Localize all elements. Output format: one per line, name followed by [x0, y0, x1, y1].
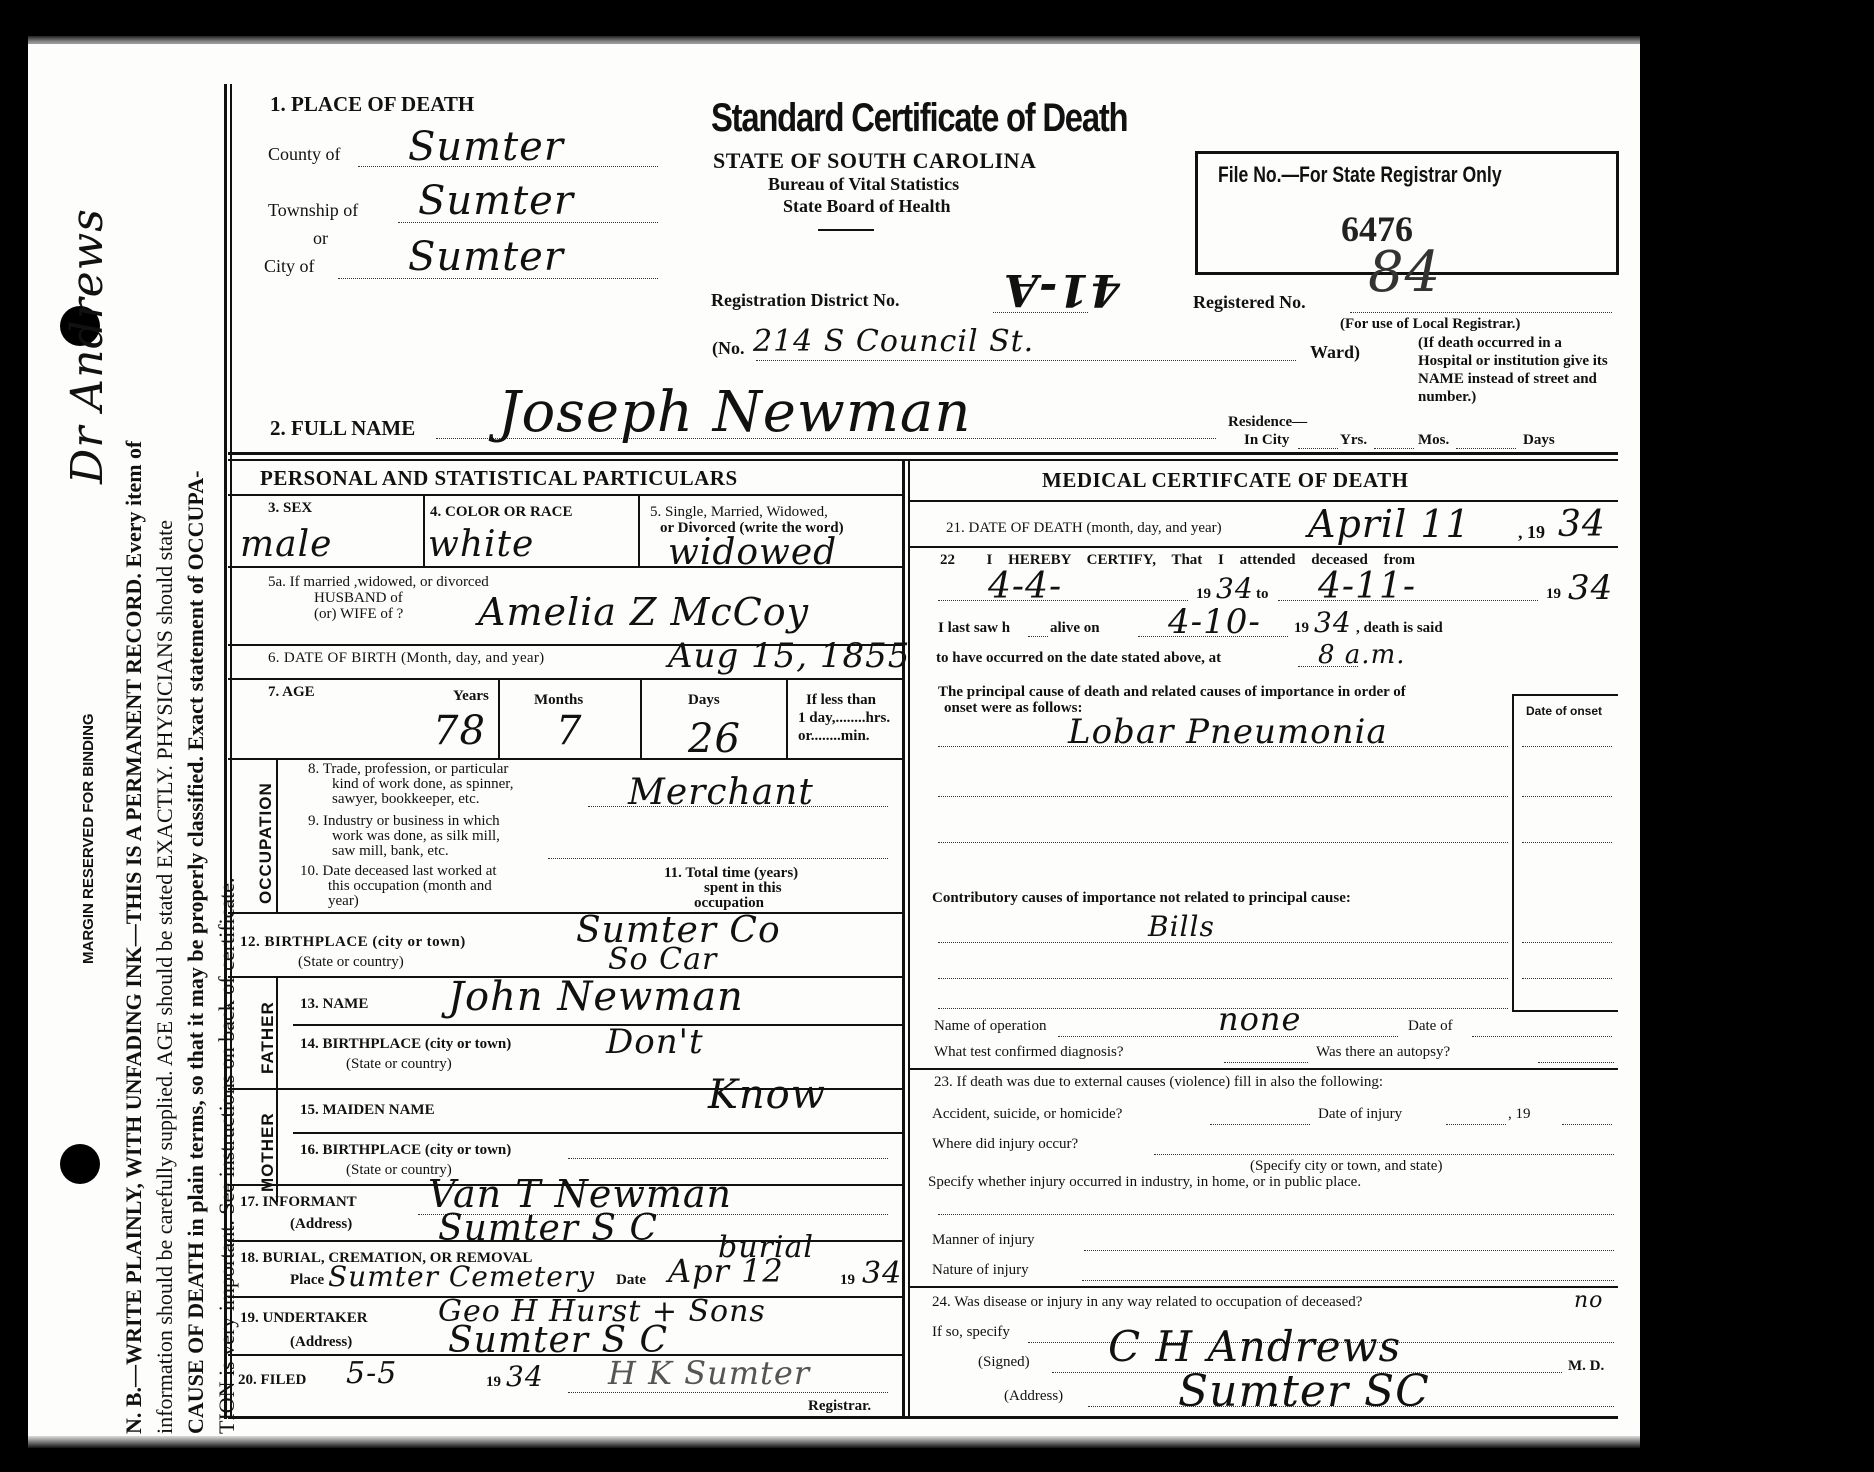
external-causes-label: 23. If death was due to external causes … — [934, 1074, 1383, 1091]
father-side-label: FATHER — [258, 1001, 278, 1074]
section-divider — [228, 452, 1618, 455]
spouse-value[interactable]: Amelia Z McCoy — [478, 590, 809, 634]
test-label: What test confirmed diagnosis? — [934, 1044, 1124, 1061]
undertaker-label: 19. UNDERTAKER — [240, 1310, 368, 1327]
specify-place-label: Specify whether injury occurred in indus… — [928, 1174, 1361, 1191]
age-label: 7. AGE — [268, 684, 315, 701]
ward-label: Ward) — [1310, 342, 1360, 363]
city-label: City of — [264, 256, 315, 277]
board-name: State Board of Health — [783, 196, 950, 217]
burial-place-value[interactable]: Sumter Cemetery — [328, 1260, 595, 1293]
attended-to-label: to — [1256, 586, 1269, 603]
birthplace-sub: (State or country) — [298, 954, 404, 971]
attended-to-year[interactable]: 34 — [1568, 568, 1613, 608]
residence-label: Residence— — [1228, 414, 1307, 431]
registered-no-value[interactable]: 84 — [1368, 240, 1441, 305]
father-name-value[interactable]: John Newman — [448, 974, 744, 1020]
trade-label: 8. Trade, profession, or particular kind… — [308, 762, 513, 807]
race-value[interactable]: white — [428, 524, 534, 565]
last-worked-label: 10. Date deceased last worked at this oc… — [300, 864, 497, 909]
registration-district-value[interactable]: 41-A — [1003, 264, 1121, 315]
attended-from-year[interactable]: 34 — [1216, 572, 1254, 605]
contributory-value[interactable]: Bills — [1148, 910, 1215, 943]
age-years-value[interactable]: 78 — [433, 708, 486, 754]
column-divider — [902, 459, 905, 1419]
punch-hole-bottom — [60, 1144, 100, 1184]
margin-line-3: CAUSE OF DEATH in plain terms, so that i… — [180, 114, 211, 1434]
attended-to-year-prefix: 19 — [1546, 586, 1561, 603]
birthplace-state-value[interactable]: So Car — [608, 942, 717, 977]
signed-label: (Signed) — [978, 1354, 1030, 1371]
less-than-1: If less than — [806, 692, 876, 709]
autopsy-label: Was there an autopsy? — [1316, 1044, 1450, 1061]
file-box-label: File No.—For State Registrar Only — [1218, 162, 1502, 188]
margin-line-1: N. B.—WRITE PLAINLY, WITH UNFADING INK—T… — [118, 114, 149, 1434]
date-of-death-year-prefix: , 19 — [1518, 522, 1545, 543]
place-of-death-heading: 1. PLACE OF DEATH — [270, 92, 474, 117]
burial-year-value[interactable]: 34 — [862, 1256, 902, 1291]
last-saw-year[interactable]: 34 — [1314, 606, 1352, 639]
date-of-death-year[interactable]: 34 — [1558, 504, 1606, 545]
dob-label: 6. DATE OF BIRTH (Month, day, and year) — [268, 650, 544, 667]
sex-value[interactable]: male — [240, 524, 332, 565]
medical-heading: MEDICAL CERTIFCATE OF DEATH — [1042, 468, 1409, 493]
dob-value[interactable]: Aug 15, 1855 — [668, 636, 910, 676]
mother-maiden-value[interactable]: Know — [708, 1072, 826, 1118]
residence-in-city-label: In City — [1244, 432, 1289, 449]
if-so-label: If so, specify — [932, 1324, 1010, 1341]
occupation-related-label: 24. Was disease or injury in any way rel… — [932, 1294, 1362, 1311]
age-years-label: Years — [453, 688, 489, 705]
date-of-onset-label: Date of onset — [1526, 704, 1602, 718]
age-months-value[interactable]: 7 — [556, 708, 582, 754]
last-saw-label: I last saw h — [938, 620, 1010, 637]
registrar-label: Registrar. — [808, 1398, 871, 1415]
spouse-label-1: 5a. If married ,widowed, or divorced — [268, 574, 489, 591]
father-birthplace-value[interactable]: Don't — [606, 1022, 704, 1062]
mother-maiden-label: 15. MAIDEN NAME — [300, 1102, 435, 1119]
manner-label: Manner of injury — [932, 1232, 1034, 1249]
state-name: STATE OF SOUTH CAROLINA — [713, 148, 1036, 174]
hospital-note: (If death occurred in a Hospital or inst… — [1418, 334, 1618, 406]
or-label: or — [313, 228, 328, 249]
specify-city-label: (Specify city or town, and state) — [1250, 1158, 1442, 1175]
margin-annotation: Dr Andrews — [62, 208, 113, 484]
trade-value[interactable]: Merchant — [628, 772, 814, 813]
mother-birthplace-label: 16. BIRTHPLACE (city or town) — [300, 1142, 511, 1159]
where-injury-label: Where did injury occur? — [932, 1136, 1078, 1153]
informant-address-label: (Address) — [290, 1216, 352, 1233]
personal-heading: PERSONAL AND STATISTICAL PARTICULARS — [260, 466, 738, 491]
certificate-title: Standard Certificate of Death — [711, 96, 1127, 141]
industry-label: 9. Industry or business in which work wa… — [308, 814, 500, 859]
contributory-label: Contributory causes of importance not re… — [932, 890, 1351, 907]
less-than-3: or........min. — [798, 728, 870, 745]
father-birthplace-label: 14. BIRTHPLACE (city or town) — [300, 1036, 511, 1053]
spouse-label-3: (or) WIFE of ? — [314, 606, 403, 623]
bureau-name: Bureau of Vital Statistics — [768, 174, 959, 195]
burial-place-label: Place — [290, 1272, 324, 1289]
date-of-death-label: 21. DATE OF DEATH (month, day, and year) — [946, 520, 1222, 537]
street-prefix: (No. — [712, 338, 745, 359]
burial-date-label: Date — [616, 1272, 646, 1289]
form-left-border — [224, 84, 227, 1419]
race-label: 4. COLOR OR RACE — [430, 504, 573, 521]
margin-reserved-label: MARGIN RESERVED FOR BINDING — [80, 713, 97, 964]
less-than-2: 1 day,........hrs. — [798, 710, 890, 727]
marital-label-1: 5. Single, Married, Widowed, — [650, 504, 828, 521]
registrar-signature: H K Sumter — [608, 1354, 810, 1392]
last-saw-value[interactable]: 4-10- — [1168, 602, 1261, 642]
occupation-related-value[interactable]: no — [1574, 1288, 1603, 1313]
physician-address-value[interactable]: Sumter SC — [1178, 1366, 1430, 1417]
father-name-label: 13. NAME — [300, 996, 368, 1013]
age-months-label: Months — [534, 692, 583, 709]
township-value[interactable]: Sumter — [418, 178, 574, 224]
last-saw-mid-label: alive on — [1050, 620, 1100, 637]
last-saw-year-prefix: 19 — [1294, 620, 1309, 637]
attended-from-year-prefix: 19 — [1196, 586, 1211, 603]
father-birthplace-sub: (State or country) — [346, 1056, 452, 1073]
attended-to-value[interactable]: 4-11- — [1318, 566, 1416, 607]
county-value[interactable]: Sumter — [408, 124, 564, 170]
city-value[interactable]: Sumter — [408, 234, 564, 280]
undertaker-address-label: (Address) — [290, 1334, 352, 1351]
total-time-label: 11. Total time (years) spent in this occ… — [664, 866, 798, 911]
filed-year-value[interactable]: 34 — [506, 1360, 544, 1393]
physician-signature[interactable]: C H Andrews — [1108, 1322, 1401, 1371]
physician-address-label: (Address) — [1004, 1388, 1063, 1405]
attended-from-value[interactable]: 4-4- — [988, 566, 1062, 607]
age-days-value[interactable]: 26 — [688, 716, 741, 762]
burial-date-value[interactable]: Apr 12 — [668, 1252, 784, 1290]
residence-yrs-label: Yrs. — [1340, 432, 1367, 449]
age-days-label: Days — [688, 692, 720, 709]
residence-mos-label: Mos. — [1418, 432, 1449, 449]
title-underline — [818, 229, 874, 231]
column-divider-2 — [908, 459, 910, 1419]
operation-label: Name of operation — [934, 1018, 1046, 1035]
time-of-death-value[interactable]: 8 a.m. — [1318, 640, 1406, 670]
local-registrar-note: (For use of Local Registrar.) — [1340, 316, 1520, 333]
occupation-side-label: OCCUPATION — [256, 782, 276, 904]
street-value[interactable]: 214 S Council St. — [753, 324, 1034, 359]
township-label: Township of — [268, 200, 358, 221]
informant-address-value[interactable]: Sumter S C — [438, 1208, 658, 1249]
filed-value[interactable]: 5-5 — [346, 1356, 397, 1391]
date-of-death-value[interactable]: April 11 — [1308, 502, 1471, 546]
registration-district-label: Registration District No. — [711, 290, 899, 311]
date-of-label: Date of — [1408, 1018, 1453, 1035]
filed-label: 20. FILED — [238, 1372, 306, 1389]
form-left-border-inner — [230, 84, 232, 1419]
birthplace-label: 12. BIRTHPLACE (city or town) — [240, 934, 466, 951]
full-name-value[interactable]: Joseph Newman — [498, 380, 971, 445]
county-label: County of — [268, 144, 341, 165]
nature-label: Nature of injury — [932, 1262, 1029, 1279]
mother-side-label: MOTHER — [258, 1112, 278, 1192]
full-name-label: 2. FULL NAME — [270, 416, 415, 441]
registered-no-label: Registered No. — [1193, 292, 1306, 313]
accident-label: Accident, suicide, or homicide? — [932, 1106, 1122, 1123]
paper-bottom-edge — [28, 1436, 1640, 1448]
injury-year-label: , 19 — [1508, 1106, 1531, 1123]
occurred-label: to have occurred on the date stated abov… — [936, 650, 1221, 667]
cause-label-1: The principal cause of death and related… — [938, 684, 1406, 701]
informant-label: 17. INFORMANT — [240, 1194, 357, 1211]
filed-year-prefix: 19 — [486, 1374, 501, 1391]
cause-label-2: onset were as follows: — [944, 700, 1082, 717]
residence-days-label: Days — [1523, 432, 1555, 449]
md-label: M. D. — [1568, 1358, 1604, 1375]
section-divider-2 — [228, 459, 1618, 461]
injury-date-label: Date of injury — [1318, 1106, 1402, 1123]
sex-label: 3. SEX — [268, 500, 312, 517]
death-said-label: , death is said — [1356, 620, 1443, 637]
margin-line-2: information should be carefully supplied… — [149, 114, 180, 1434]
burial-year-prefix: 19 — [840, 1272, 855, 1289]
operation-value[interactable]: none — [1218, 1000, 1301, 1038]
certificate-page: N. B.—WRITE PLAINLY, WITH UNFADING INK—T… — [28, 44, 1640, 1444]
spouse-label-2: HUSBAND of — [314, 590, 403, 607]
